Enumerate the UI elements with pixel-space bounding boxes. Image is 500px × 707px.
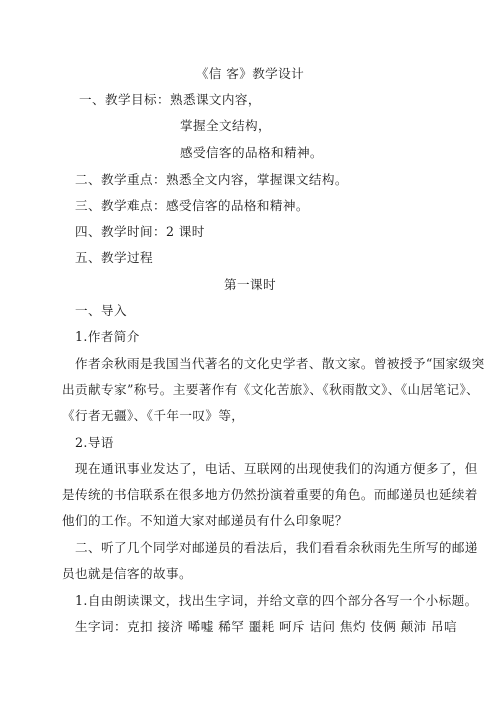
vocab-word: 稀罕 xyxy=(218,619,244,634)
difficulties: 三、教学难点：感受信客的品格和精神。 xyxy=(75,198,309,214)
vocab-word: 颠沛 xyxy=(401,619,427,634)
lead-heading: 2.导语 xyxy=(75,435,114,451)
document-title: 《信 客》教学设计 xyxy=(0,66,500,82)
objective-item: 掌握全文结构， xyxy=(180,118,271,134)
objective-item: 感受信客的品格和精神。 xyxy=(180,145,323,161)
section2-paragraph-line: 二、听了几个同学对邮递员的看法后，我们看看余秋雨先生所写的邮递 xyxy=(75,540,478,556)
intro-heading: 一、导入 xyxy=(75,303,127,319)
lead-paragraph-line: 现在通讯事业发达了，电话、互联网的出现使我们的沟通方便多了，但 xyxy=(75,461,478,477)
key-points: 二、教学重点：熟悉全文内容，掌握课文结构。 xyxy=(75,172,348,188)
document-page: 《信 客》教学设计 一、教学目标：熟悉课文内容， 掌握全文结构， 感受信客的品格… xyxy=(0,0,500,707)
vocab-word: 接济 xyxy=(157,619,183,634)
vocab-word: 伎俩 xyxy=(370,619,396,634)
vocab-label: 生字词： xyxy=(75,619,127,634)
teaching-time: 四、教学时间：2 课时 xyxy=(75,224,205,240)
vocab-word: 唏嘘 xyxy=(188,619,214,634)
author-paragraph-line: 作者余秋雨是我国当代著名的文化史学者、散文家。曾被授予“国家级突 xyxy=(75,356,485,372)
objectives-heading: 一、教学目标：熟悉课文内容， xyxy=(79,92,261,108)
vocab-word: 焦灼 xyxy=(340,619,366,634)
teaching-process: 五、教学过程 xyxy=(75,250,153,266)
author-paragraph-line: 出贡献专家”称号。主要著作有《文化苦旅》、《秋雨散文》、《山居笔记》、 xyxy=(62,382,479,398)
task1-text: 1.自由朗读课文，找出生字词，并给文章的四个部分各写一个小标题。 xyxy=(75,593,478,609)
vocab-line: 生字词：克扣 接济 唏嘘 稀罕 噩耗 呵斥 诘问 焦灼 伎俩 颠沛 吊唁 xyxy=(75,619,457,635)
lead-paragraph-line: 他们的工作。不知道大家对邮递员有什么印象呢？ xyxy=(62,513,348,529)
vocab-word: 诘问 xyxy=(309,619,335,634)
vocab-word: 呵斥 xyxy=(279,619,305,634)
vocab-word: 克扣 xyxy=(127,619,153,634)
lesson-heading: 第一课时 xyxy=(0,277,500,293)
author-paragraph-line: 《行者无疆》、《千年一叹》等， xyxy=(62,408,244,424)
author-heading: 1.作者简介 xyxy=(75,329,140,345)
lead-paragraph-line: 是传统的书信联系在很多地方仍然扮演着重要的角色。而邮递员也延续着 xyxy=(62,487,478,503)
section2-paragraph-line: 员也就是信客的故事。 xyxy=(62,566,192,582)
vocab-word: 噩耗 xyxy=(249,619,275,634)
vocab-word: 吊唁 xyxy=(431,619,457,634)
